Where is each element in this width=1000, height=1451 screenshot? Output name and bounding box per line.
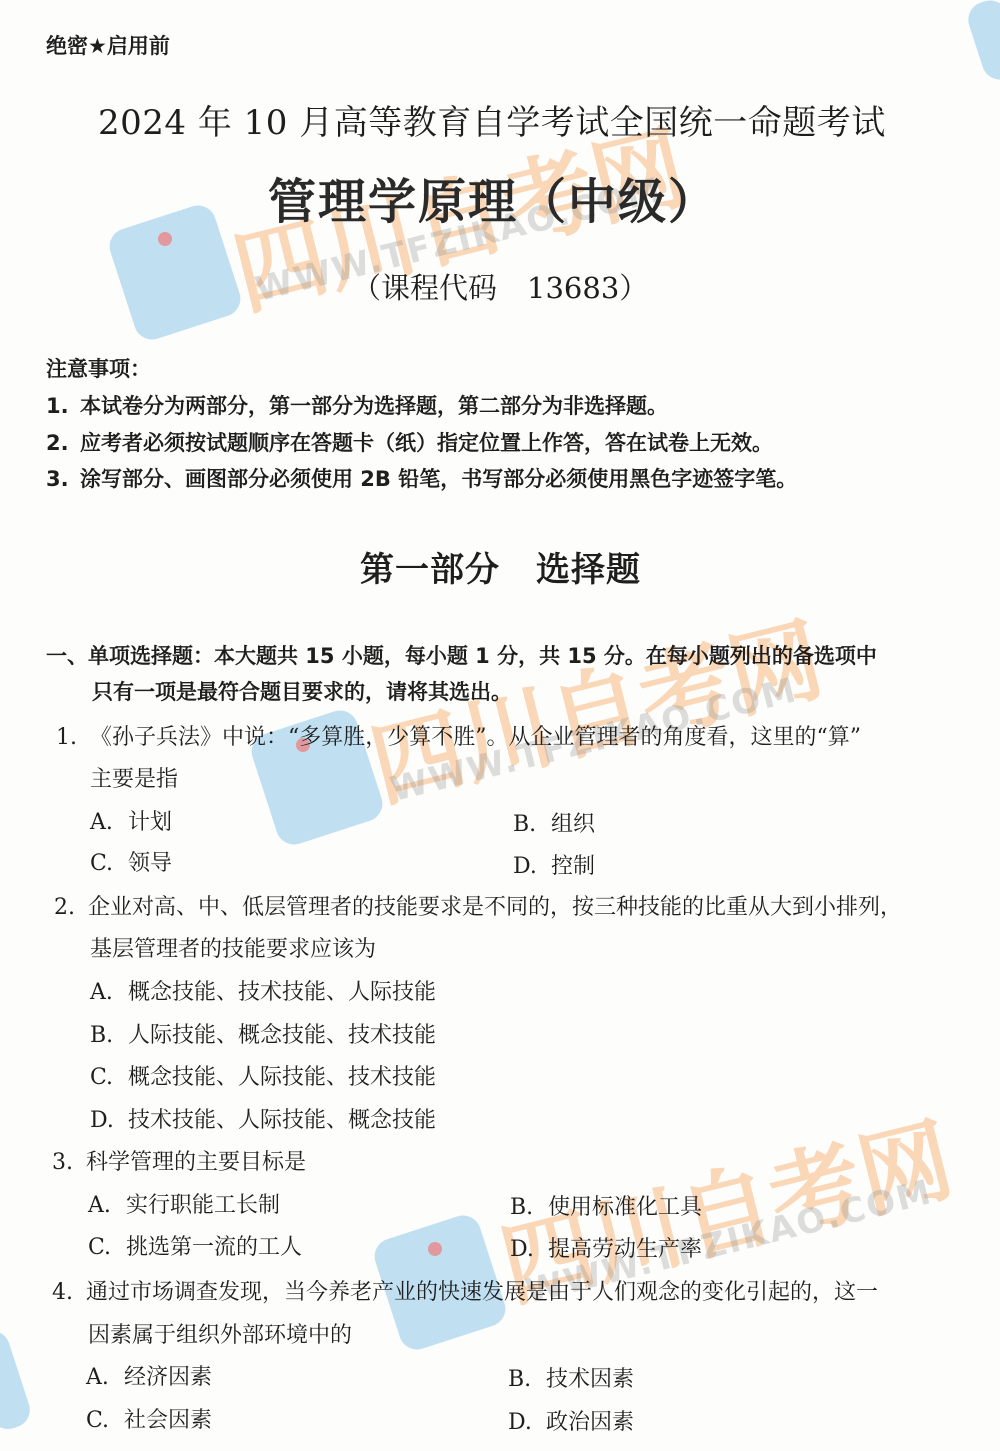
- option-c[interactable]: C.领导: [90, 846, 172, 877]
- option-d[interactable]: D.提高劳动生产率: [510, 1232, 702, 1263]
- question-number: 1.: [56, 725, 90, 750]
- option-c[interactable]: C.挑选第一流的工人: [88, 1230, 302, 1261]
- part-name: 选择题: [536, 550, 641, 590]
- option-b[interactable]: B.人际技能、概念技能、技术技能: [90, 1018, 436, 1049]
- option-b[interactable]: B.组织: [513, 807, 595, 838]
- question-text: 企业对高、中、低层管理者的技能要求是不同的，按三种技能的比重从大到小排列，: [88, 895, 902, 920]
- question-stem: 4.通过市场调查发现，当今养老产业的快速发展是由于人们观念的变化引起的，这一: [52, 1275, 878, 1306]
- option-d[interactable]: D.控制: [513, 849, 595, 880]
- course-code-value: 13683）: [527, 271, 648, 305]
- part-title: 第一部分选择题: [360, 542, 641, 591]
- question-stem-cont: 基层管理者的技能要求应该为: [90, 932, 376, 963]
- note-item: 1.本试卷分为两部分，第一部分为选择题，第二部分为非选择题。: [46, 390, 668, 420]
- question-stem: 1.《孙子兵法》中说：“多算胜，少算不胜”。从企业管理者的角度看，这里的“算”: [56, 720, 861, 751]
- question-text: 《孙子兵法》中说：“多算胜，少算不胜”。从企业管理者的角度看，这里的“算”: [90, 725, 861, 750]
- part-label: 第一部分: [360, 550, 500, 590]
- question-number: 4.: [52, 1280, 86, 1305]
- option-d[interactable]: D.技术技能、人际技能、概念技能: [90, 1103, 436, 1134]
- option-d[interactable]: D.政治因素: [508, 1405, 634, 1436]
- note-item: 3.涂写部分、画图部分必须使用 2B 铅笔，书写部分必须使用黑色字迹签字笔。: [46, 463, 797, 493]
- question-text: 通过市场调查发现，当今养老产业的快速发展是由于人们观念的变化引起的，这一: [86, 1280, 878, 1305]
- note-text: 应考者必须按试题顺序在答题卡（纸）指定位置上作答，答在试卷上无效。: [80, 431, 773, 455]
- note-index: 2.: [46, 431, 80, 455]
- option-c[interactable]: C.概念技能、人际技能、技术技能: [90, 1060, 436, 1091]
- exam-title: 2024 年 10 月高等教育自学考试全国统一命题考试: [98, 95, 886, 144]
- notes-heading: 注意事项：: [46, 353, 151, 383]
- section-instructions: 一、单项选择题：本大题共 15 小题，每小题 1 分，共 15 分。在每小题列出…: [46, 640, 877, 670]
- question-number: 2.: [54, 895, 88, 920]
- watermark-logo-icon: [964, 0, 1000, 84]
- subject-title: 管理学原理（中级）: [268, 163, 718, 232]
- option-a[interactable]: A.经济因素: [86, 1360, 212, 1391]
- option-c[interactable]: C.社会因素: [86, 1403, 212, 1434]
- watermark-logo-icon: [0, 1326, 34, 1433]
- course-code: （课程代码13683）: [352, 266, 648, 307]
- watermark-dot-icon: [158, 232, 172, 246]
- watermark-logo-icon: [105, 201, 245, 344]
- question-stem: 3.科学管理的主要目标是: [52, 1145, 306, 1176]
- watermark-brand: 四川自考网: [356, 586, 834, 825]
- note-text: 涂写部分、画图部分必须使用 2B 铅笔，书写部分必须使用黑色字迹签字笔。: [80, 467, 797, 491]
- option-a[interactable]: A.概念技能、技术技能、人际技能: [90, 975, 436, 1006]
- option-b[interactable]: B.技术因素: [508, 1362, 634, 1393]
- option-a[interactable]: A.实行职能工长制: [88, 1188, 280, 1219]
- question-stem-cont: 主要是指: [90, 762, 178, 793]
- option-a[interactable]: A.计划: [90, 805, 172, 836]
- question-stem-cont: 因素属于组织外部环境中的: [88, 1318, 352, 1349]
- course-code-label: （课程代码: [352, 271, 497, 305]
- section-instructions-cont: 只有一项是最符合题目要求的，请将其选出。: [92, 676, 512, 706]
- confidential-label: 绝密★启用前: [46, 30, 170, 60]
- question-text: 科学管理的主要目标是: [86, 1150, 306, 1175]
- question-stem: 2.企业对高、中、低层管理者的技能要求是不同的，按三种技能的比重从大到小排列，: [54, 890, 902, 921]
- watermark-dot-icon: [428, 1242, 442, 1256]
- question-number: 3.: [52, 1150, 86, 1175]
- note-text: 本试卷分为两部分，第一部分为选择题，第二部分为非选择题。: [80, 394, 668, 418]
- option-b[interactable]: B.使用标准化工具: [510, 1190, 702, 1221]
- note-index: 1.: [46, 394, 80, 418]
- note-item: 2.应考者必须按试题顺序在答题卡（纸）指定位置上作答，答在试卷上无效。: [46, 427, 773, 457]
- note-index: 3.: [46, 467, 80, 491]
